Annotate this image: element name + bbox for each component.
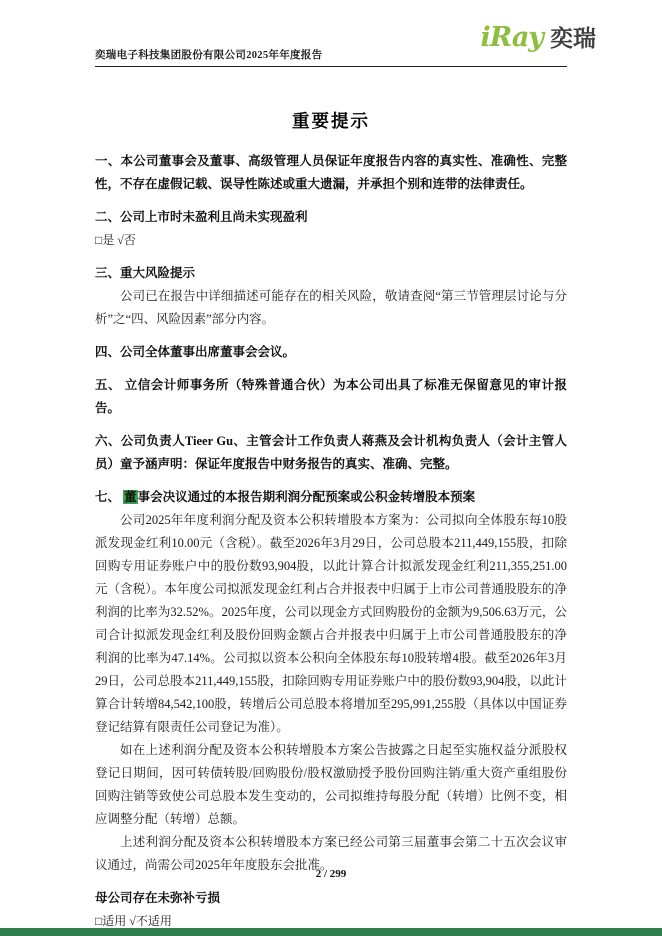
page-title: 重要提示 <box>95 108 567 134</box>
section-7-heading-text: 事会决议通过的本报告期利润分配预案或公积金转增股本预案 <box>138 490 476 504</box>
header-divider <box>95 66 567 67</box>
section-4-heading: 四、公司全体董事出席董事会会议。 <box>95 341 567 364</box>
bottom-accent-bar <box>0 928 662 936</box>
section-5-heading: 五、 立信会计师事务所（特殊普通合伙）为本公司出具了标准无保留意见的审计报告。 <box>95 374 567 420</box>
page-number: 2 / 299 <box>95 868 567 880</box>
section-7-paragraph-2: 如在上述利润分配及资本公积转增股本方案公告披露之日起至实施权益分派股权登记日期间… <box>95 739 567 831</box>
section-7-number: 七、 <box>95 490 123 504</box>
section-2-checkbox-answer: □是 √否 <box>95 229 567 252</box>
company-logo: iRay 奕瑞 <box>481 24 597 51</box>
section-6-heading: 六、公司负责人Tieer Gu、主管会计工作负责人蒋燕及会计机构负责人（会计主管… <box>95 430 567 476</box>
section-2-heading: 二、公司上市时未盈利且尚未实现盈利 <box>95 206 567 229</box>
document-page: 奕瑞电子科技集团股份有限公司2025年年度报告 iRay 奕瑞 重要提示 一、本… <box>0 0 662 936</box>
uncovered-loss-heading: 母公司存在未弥补亏损 <box>95 887 567 910</box>
page-content: 重要提示 一、本公司董事会及董事、高级管理人员保证年度报告内容的真实性、准确性、… <box>95 108 567 933</box>
highlight-mark: 董 <box>123 490 138 504</box>
section-1-statement: 一、本公司董事会及董事、高级管理人员保证年度报告内容的真实性、准确性、完整性，不… <box>95 150 567 196</box>
section-7-heading: 七、 董事会决议通过的本报告期利润分配预案或公积金转增股本预案 <box>95 486 567 509</box>
section-3-heading: 三、重大风险提示 <box>95 262 567 285</box>
section-7-paragraph-1: 公司2025年年度利润分配及资本公积转增股本方案为：公司拟向全体股东每10股派发… <box>95 509 567 739</box>
logo-chinese-text: 奕瑞 <box>550 27 596 50</box>
logo-iray-text: iRay <box>481 24 544 51</box>
section-3-body: 公司已在报告中详细描述可能存在的相关风险，敬请查阅“第三节管理层讨论与分析”之“… <box>95 285 567 331</box>
header-doc-title: 奕瑞电子科技集团股份有限公司2025年年度报告 <box>95 47 322 62</box>
